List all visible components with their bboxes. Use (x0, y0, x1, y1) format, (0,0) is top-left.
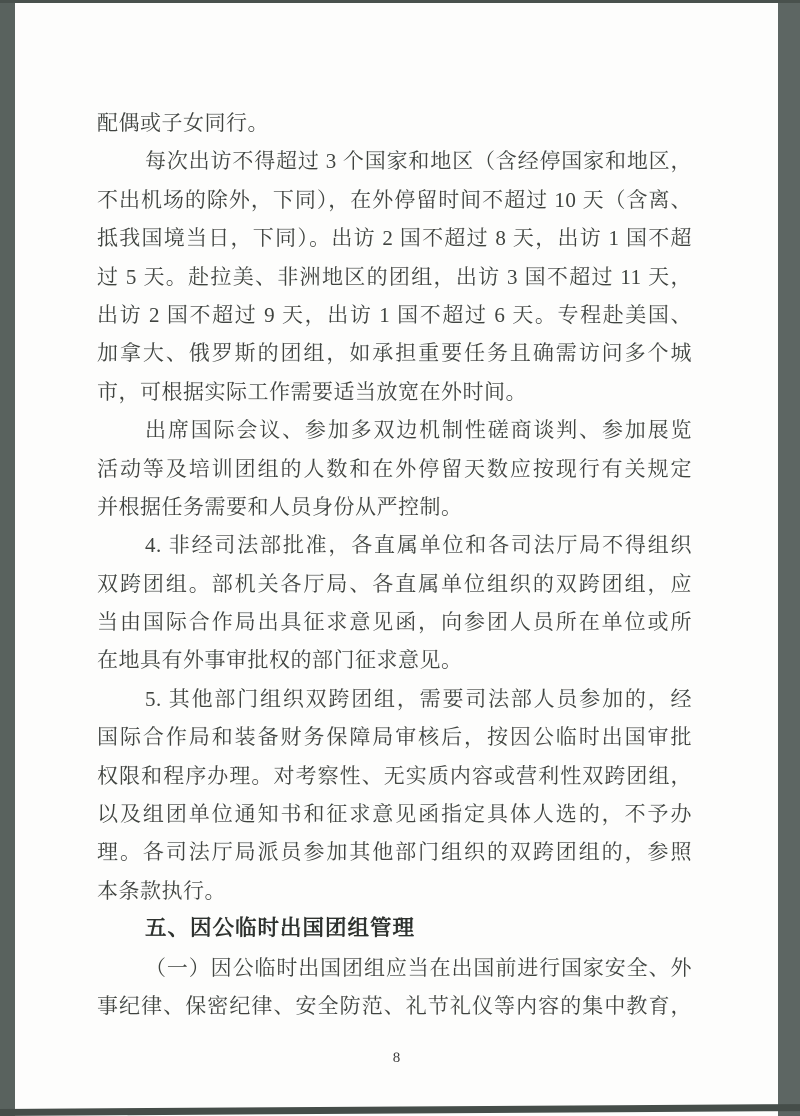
text-line: 并根据任务需要和人员身份从严控制。 (97, 488, 692, 526)
text-line: 每次出访不得超过 3 个国家和地区（含经停国家和地区， (97, 142, 692, 180)
text-line: 出席国际会议、参加多双边机制性磋商谈判、参加展览 (97, 411, 692, 449)
text-line: 活动等及培训团组的人数和在外停留天数应按现行有关规定 (97, 450, 692, 488)
text-line: 事纪律、保密纪律、安全防范、礼节礼仪等内容的集中教育， (97, 987, 692, 1025)
text-line: 过 5 天。赴拉美、非洲地区的团组，出访 3 国不超过 11 天， (97, 258, 692, 296)
text-line: 配偶或子女同行。 (97, 104, 692, 142)
text-line: 双跨团组。部机关各厅局、各直属单位组织的双跨团组，应 (97, 565, 692, 603)
section-heading: 五、因公临时出国团组管理 (97, 910, 692, 948)
text-line: 不出机场的除外，下同），在外停留时间不超过 10 天（含离、 (97, 181, 692, 219)
scan-edge-left (0, 0, 15, 1116)
scan-edge-bottom (0, 1104, 800, 1116)
scanned-page: 配偶或子女同行。每次出访不得超过 3 个国家和地区（含经停国家和地区，不出机场的… (0, 0, 800, 1116)
text-line: 抵我国境当日，下同）。出访 2 国不超过 8 天，出访 1 国不超 (97, 219, 692, 257)
scan-edge-top (0, 0, 800, 3)
text-line: 当由国际合作局出具征求意见函，向参团人员所在单位或所 (97, 603, 692, 641)
text-line: 以及组团单位通知书和征求意见函指定具体人选的，不予办 (97, 795, 692, 833)
text-line: （一）因公临时出国团组应当在出国前进行国家安全、外 (97, 949, 692, 987)
text-line: 本条款执行。 (97, 872, 692, 910)
text-line: 权限和程序办理。对考察性、无实质内容或营利性双跨团组， (97, 757, 692, 795)
text-line: 5. 其他部门组织双跨团组，需要司法部人员参加的，经 (97, 680, 692, 718)
text-line: 4. 非经司法部批准，各直属单位和各司法厅局不得组织 (97, 526, 692, 564)
text-line: 市，可根据实际工作需要适当放宽在外时间。 (97, 373, 692, 411)
text-line: 出访 2 国不超过 9 天，出访 1 国不超过 6 天。专程赴美国、 (97, 296, 692, 334)
document-text-block: 配偶或子女同行。每次出访不得超过 3 个国家和地区（含经停国家和地区，不出机场的… (97, 104, 692, 1025)
text-line: 理。各司法厅局派员参加其他部门组织的双跨团组的，参照 (97, 833, 692, 871)
text-line: 加拿大、俄罗斯的团组，如承担重要任务且确需访问多个城 (97, 334, 692, 372)
page-number: 8 (15, 1050, 778, 1067)
text-line: 国际合作局和装备财务保障局审核后，按因公临时出国审批 (97, 718, 692, 756)
scan-edge-right (778, 0, 800, 1116)
text-line: 在地具有外事审批权的部门征求意见。 (97, 641, 692, 679)
